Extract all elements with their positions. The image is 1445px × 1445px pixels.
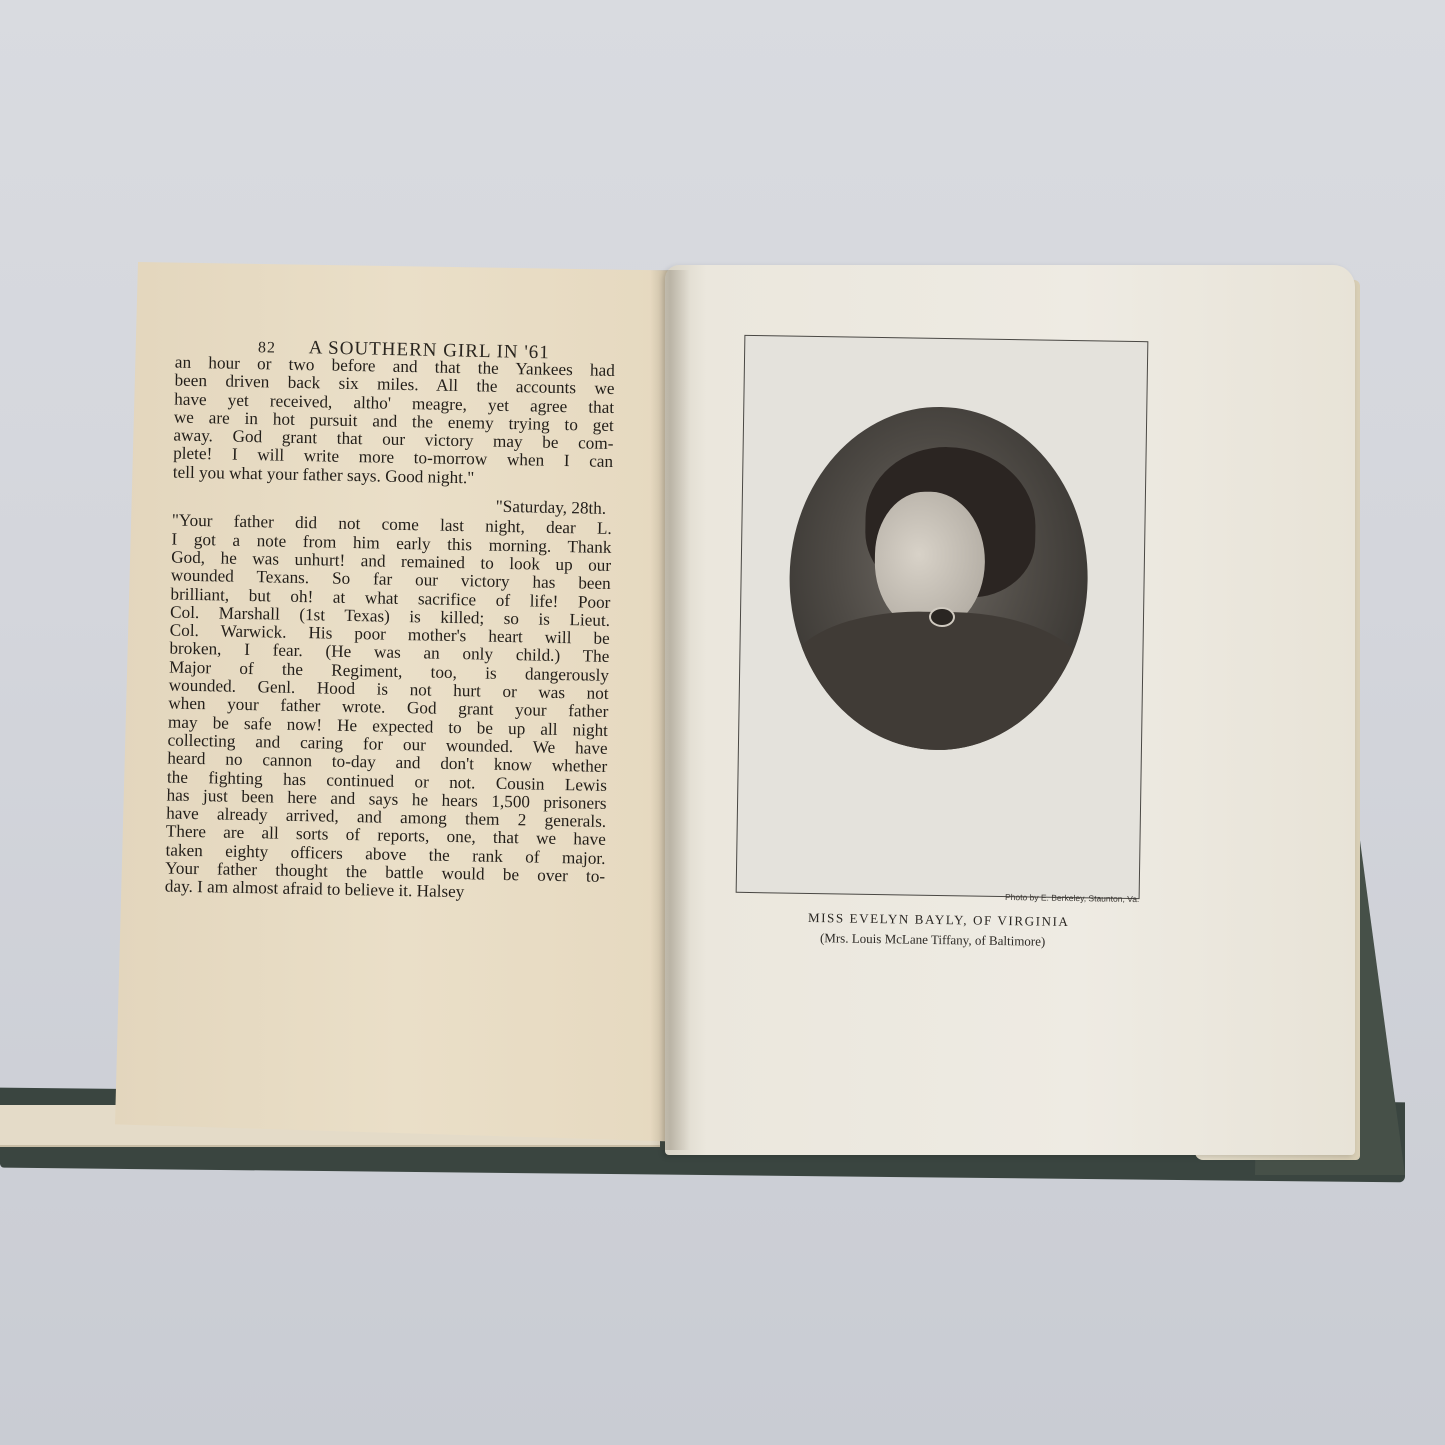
portrait-brooch — [929, 607, 955, 627]
portrait-plate-frame — [736, 335, 1149, 899]
portrait-oval — [787, 405, 1090, 753]
left-page-text: an hour or two before and that the Yanke… — [165, 354, 615, 905]
photo-credit: Photo by E. Berkeley, Staunton, Va. — [1005, 892, 1139, 904]
portrait-jacket — [787, 610, 1087, 753]
book-gutter — [650, 270, 690, 1150]
